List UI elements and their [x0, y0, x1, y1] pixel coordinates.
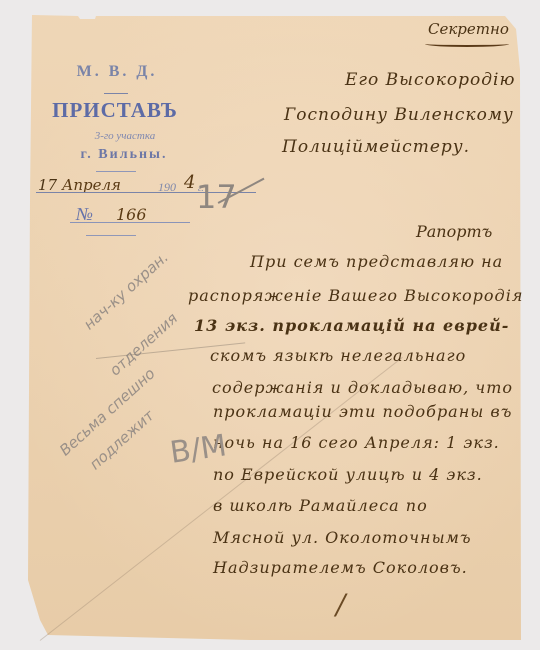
date-year-handwritten: 4	[184, 172, 195, 193]
body-line-2: распоряженіе Вашего Высокородія	[188, 286, 523, 305]
body-line-11: Надзирателемъ Соколовъ.	[213, 558, 468, 577]
stamp-ornament	[96, 171, 136, 172]
body-line-6: прокламаціи эти подобраны въ	[213, 402, 512, 421]
stamp-district: 3-го участка	[70, 130, 180, 142]
body-line-8: по Еврейской улицѣ и 4 экз.	[213, 465, 483, 484]
body-line-4: скомъ языкѣ нелегальнаго	[210, 346, 466, 365]
addressee-line-3: Полицiймейстеру.	[282, 137, 470, 157]
classification-mark: Секретно	[428, 20, 509, 38]
body-line-7: ночь на 16 сего Апреля: 1 экз.	[213, 433, 500, 452]
stamp-title: ПРИСТАВЪ	[40, 98, 190, 123]
body-line-9: в школѣ Рамайлеса по	[213, 496, 428, 515]
body-line-3: 13 экз. прокламацій на еврей-	[194, 316, 509, 335]
stamp-bottom-rule	[86, 235, 136, 236]
signature-mark: /	[336, 588, 345, 621]
report-heading: Рапортъ	[416, 222, 492, 241]
classification-underline	[425, 41, 509, 47]
body-line-1: При семъ представляю на	[250, 252, 503, 271]
pencil-registry-number: 17	[196, 178, 237, 216]
stamp-agency: М. В. Д.	[62, 63, 172, 81]
body-line-10: Мясной ул. Околоточнымъ	[213, 528, 472, 547]
number-underline	[70, 222, 190, 223]
stamp-divider	[104, 93, 128, 94]
addressee-line-2: Господину Виленскому	[284, 105, 514, 125]
stamp-city: г. Вильны.	[64, 147, 184, 163]
addressee-line-1: Его Высокородію	[345, 70, 515, 90]
body-line-5: содержанія и докладываю, что	[212, 378, 513, 397]
